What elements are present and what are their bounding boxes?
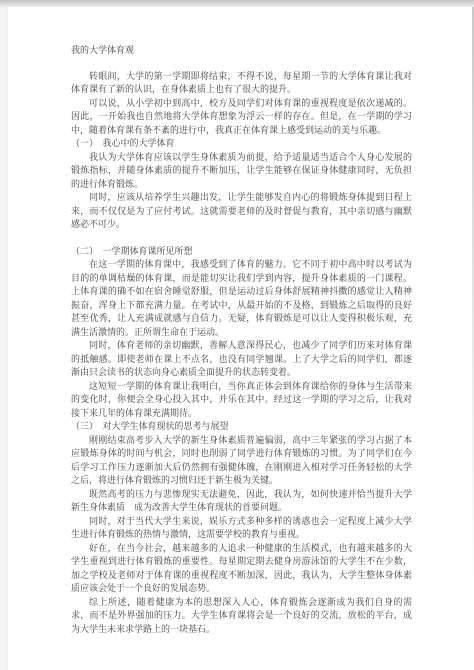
section-heading: （三） 对大学生体育现状的思考与展望 [71,420,412,434]
document-page: 我的大学体育观 转眼间，大学的第一学期即将结束，不得不说，每星期一节的大学体育课… [0,0,474,670]
paragraph: 同时，体育老师的亲切幽默，善解人意深得民心，也减少了同学们历来对体育课的抵触感。… [71,339,412,380]
paragraph: 在这一学期的体育课中，我感受到了体育的魅力。它不同于初中高中时以考试为目的的单调… [71,258,412,339]
paragraph: 这短短一学期的体育课让我明白，当你真正体会到体育课给你的身体与生活带来的变化时，… [71,380,412,421]
paragraph: 综上所述，随着健康为本的思想深入人心，体育锻炼会逐渐成为我们自身的需求，而不是外… [71,596,412,637]
paragraph: 同时，应该从培养学生兴趣出发，让学生能够发自内心的将锻炼身体提到日程上来，而不仅… [71,191,412,232]
section-heading: （一） 我心中的大学体育 [71,137,412,151]
document-content: 我的大学体育观 转眼间，大学的第一学期即将结束，不得不说，每星期一节的大学体育课… [71,44,412,636]
page-edge-top [0,0,474,7]
paragraph: 刚刚结束高考步入大学的新生身体素质普遍偏弱，高中三年紧张的学习占据了本应锻炼身体… [71,434,412,488]
paragraph: 我认为大学体育应该以学生身体素质为前提，给予适量适当适合个人身心发展的锻炼指标，… [71,151,412,192]
paragraph: 转眼间，大学的第一学期即将结束，不得不说，每星期一节的大学体育课让我对体育课有了… [71,70,412,97]
page-edge-left [0,7,8,670]
paragraph: 可以说，从小学初中到高中，校方及同学们对体育课的重视程度是依次递减的。因此，一开… [71,97,412,138]
document-title: 我的大学体育观 [71,44,412,58]
paragraph: 好在，在当今社会，越来越多的人追求一种健康的生活模式，也有越来越多的大学生重视到… [71,542,412,596]
paragraph: 既然高考的压力与悲惨现实无法避免，因此，我认为，如何快速并恰当提升大学新生身体素… [71,488,412,515]
paragraph: 同时，对于当代大学生来说，娱乐方式多种多样的诱惑也会一定程度上减少大学生进行体育… [71,515,412,542]
section-heading: （二） 一学期体育课所见所想 [71,245,412,259]
document-body: 转眼间，大学的第一学期即将结束，不得不说，每星期一节的大学体育课让我对体育课有了… [71,70,412,637]
